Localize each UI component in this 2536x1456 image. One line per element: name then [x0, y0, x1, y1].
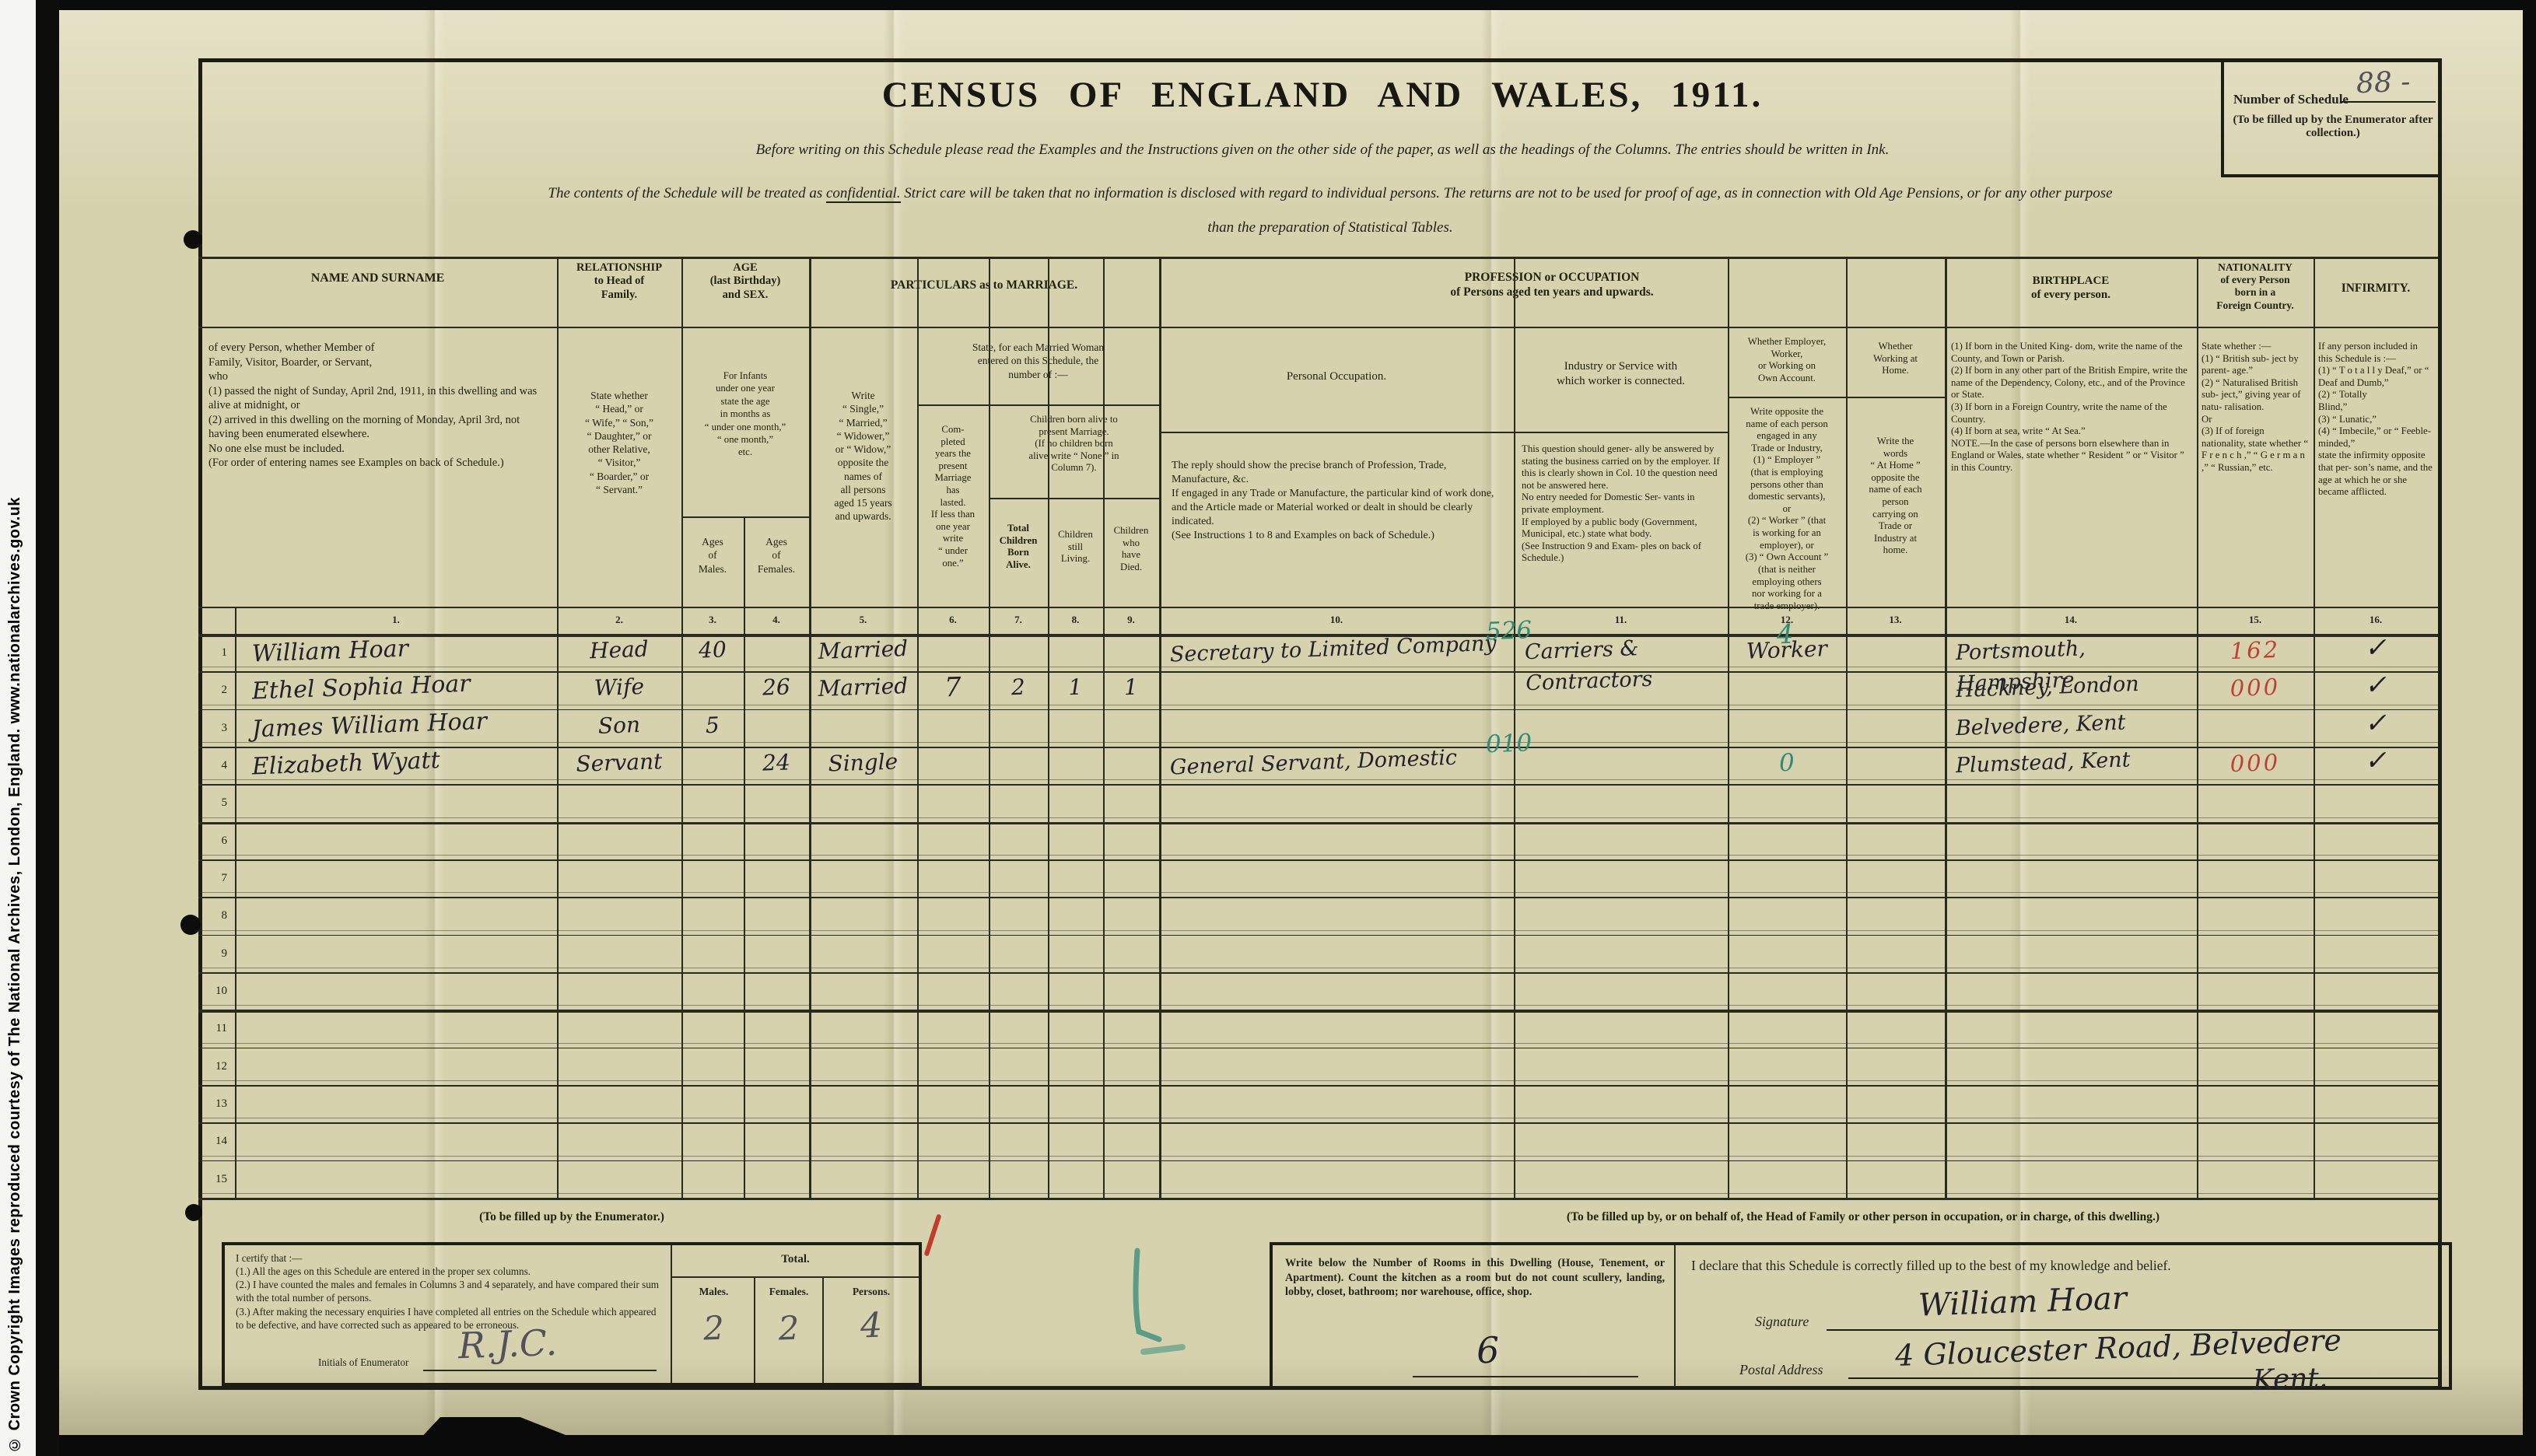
copyright-text: © Crown Copyright Images reproduced cour… — [6, 497, 24, 1453]
cell-nat-code[interactable]: 162 — [2196, 632, 2314, 674]
handwritten-value: Elizabeth Wyatt — [251, 747, 440, 780]
handwritten-value: 26 — [762, 674, 790, 701]
row-number: 8 — [198, 897, 235, 934]
handwritten-value: 162 — [2230, 636, 2281, 664]
cell-infirmity[interactable]: ✓ — [2313, 632, 2439, 674]
census-schedule-page: © Crown Copyright Images reproduced cour… — [0, 0, 2536, 1456]
column-number-7: 7. — [989, 614, 1048, 626]
column-number-13: 13. — [1846, 614, 1945, 626]
row-number: 6 — [198, 822, 235, 859]
handwritten-value: 2 — [1011, 674, 1025, 701]
header-col9: Children who have Died. — [1103, 525, 1159, 573]
grid-line — [1159, 257, 1161, 1198]
cell-relationship[interactable]: Head — [556, 632, 682, 674]
row-number: 11 — [198, 1010, 235, 1047]
cell-age-f[interactable]: 24 — [743, 746, 810, 786]
grid-line — [198, 327, 2438, 328]
handwritten-value: Hackney, London — [1955, 672, 2139, 702]
cell-nat-code[interactable]: 000 — [2196, 670, 2314, 712]
grid-line — [198, 930, 2438, 931]
cell-industry[interactable]: Carriers & Contractors — [1513, 630, 1729, 675]
header-col10-title: Personal Occupation. — [1159, 369, 1514, 384]
handwritten-value: Wife — [594, 674, 644, 701]
grid-line — [809, 257, 811, 1198]
grid-line — [198, 607, 2438, 608]
grid-line — [198, 897, 2438, 898]
header-col14-desc: (1) If born in the United King- dom, wri… — [1951, 341, 2191, 474]
row-number: 13 — [198, 1085, 235, 1122]
signature-label: Signature — [1755, 1314, 1809, 1330]
cell-died[interactable]: 1 — [1102, 670, 1160, 710]
column-number-8: 8. — [1048, 614, 1103, 626]
declaration-text: I declare that this Schedule is correctl… — [1691, 1258, 2438, 1274]
handwritten-value: 000 — [2230, 749, 2281, 777]
row-number: 4 — [198, 747, 235, 784]
handwritten-value: 40 — [698, 636, 727, 663]
enumerator-section-label: (To be filled up by the Enumerator.) — [222, 1210, 922, 1224]
header-married-woman-note: State, for each Married Woman entered on… — [917, 341, 1159, 381]
header-col11-title: Industry or Service with which worker is… — [1514, 359, 1728, 389]
females-label: Females. — [755, 1286, 822, 1298]
header-col11-desc: This question should gener- ally be answ… — [1522, 443, 1720, 565]
grid-line — [1159, 432, 1728, 433]
grid-line — [198, 1080, 2438, 1081]
page-left-edge — [36, 0, 59, 1456]
column-number-15: 15. — [2197, 614, 2314, 626]
row-number: 12 — [198, 1048, 235, 1085]
grid-line — [198, 822, 2438, 825]
header-relationship-desc: State whether “ Head,” or “ Wife,” “ Son… — [560, 389, 678, 496]
handwritten-value: Married — [818, 673, 909, 702]
row-number: 1 — [198, 634, 235, 671]
grid-line — [198, 1193, 2438, 1194]
grid-line — [198, 1160, 2438, 1162]
column-number-9: 9. — [1103, 614, 1159, 626]
cell-infirmity[interactable]: ✓ — [2313, 670, 2439, 712]
row-number: 14 — [198, 1122, 235, 1160]
header-age-desc: For Infants under one year state the age… — [683, 369, 807, 459]
green-check-mark — [1105, 1244, 1198, 1361]
column-number-4: 4. — [744, 614, 809, 626]
grid-line — [1103, 257, 1105, 1198]
handwritten-value: ✓ — [2364, 745, 2387, 777]
handwritten-value: Head — [590, 636, 650, 664]
header-col12-title: Whether Employer, Worker, or Working on … — [1728, 336, 1846, 384]
handwritten-value: 5 — [705, 712, 720, 738]
handwritten-value: Son — [597, 712, 640, 739]
column-number-5: 5. — [809, 614, 917, 626]
cell-born[interactable]: 2 — [988, 670, 1049, 710]
cell-relationship[interactable]: Servant — [556, 744, 682, 786]
handwritten-value: 7 — [944, 672, 962, 704]
handwritten-value: ✓ — [2364, 707, 2387, 739]
cell-relationship[interactable]: Wife — [556, 670, 682, 712]
postal-address-line — [1848, 1377, 2440, 1379]
grid-line — [989, 498, 1159, 499]
grid-line — [198, 257, 2438, 259]
initials-label: Initials of Enumerator — [318, 1356, 408, 1369]
row-number: 10 — [198, 972, 235, 1010]
householder-box: Write below the Number of Rooms in this … — [1270, 1242, 2452, 1390]
grid-line — [1728, 397, 1945, 398]
header-col6-desc: Com- pleted years the present Marriage h… — [919, 424, 987, 569]
handwritten-value: James William Hoar — [251, 708, 487, 744]
column-number-3: 3. — [681, 614, 744, 626]
handwritten-value: 1 — [1123, 674, 1138, 701]
persons-total-value[interactable]: 4 — [823, 1304, 919, 1347]
certify-text: I certify that :— (1.) All the ages on t… — [236, 1251, 664, 1332]
grid-line — [681, 516, 809, 518]
rooms-value[interactable]: 6 — [1476, 1329, 1500, 1372]
handwritten-value: General Servant, Domestic — [1169, 746, 1457, 780]
header-ages-males: Ages of Males. — [681, 535, 744, 576]
grid-line — [1048, 257, 1049, 1198]
employer-code: 0 — [1727, 744, 1846, 781]
grid-line — [198, 935, 2438, 936]
rooms-instruction: Write below the Number of Rooms in this … — [1285, 1256, 1665, 1300]
postal-address-value-2[interactable]: Kent. — [2252, 1362, 2328, 1396]
handwritten-value: Single — [828, 748, 898, 776]
header-col7: Total Children Born Alive. — [989, 523, 1048, 571]
handwritten-value: Belvedere, Kent — [1955, 710, 2126, 740]
cell-infirmity[interactable]: ✓ — [2313, 707, 2439, 749]
header-name-title: NAME AND SURNAME — [198, 271, 557, 285]
row-number: 3 — [198, 709, 235, 747]
row-number: 7 — [198, 859, 235, 897]
grid-line — [2197, 257, 2198, 1198]
handwritten-value: Plumstead, Kent — [1955, 747, 2131, 778]
total-header-line — [672, 1276, 919, 1278]
cell-age-m[interactable]: 40 — [681, 633, 744, 673]
header-col15-desc: State whether :— (1) “ British sub- ject… — [2201, 341, 2309, 474]
grid-line — [198, 1043, 2438, 1044]
grid-line — [198, 1156, 2438, 1157]
handwritten-value: 1 — [1068, 674, 1083, 701]
employer-code: 4 — [1776, 618, 1794, 652]
initials-line — [423, 1370, 657, 1371]
copyright-strip: © Crown Copyright Images reproduced cour… — [0, 0, 36, 1456]
females-total-value[interactable]: 2 — [755, 1308, 823, 1349]
cell-employer[interactable]: 0 — [1727, 744, 1847, 786]
hole-punch — [184, 230, 202, 249]
column-number-10: 10. — [1159, 614, 1514, 626]
handwritten-value: Carriers & Contractors — [1524, 636, 1653, 695]
header-col13-title: Whether Working at Home. — [1846, 341, 1945, 377]
grid-line — [198, 1048, 2438, 1049]
page-bottom-edge — [59, 1435, 2523, 1456]
cell-infirmity[interactable]: ✓ — [2313, 744, 2439, 786]
header-col5-desc: Write “ Single,” “ Married,” “ Widower,”… — [812, 389, 914, 523]
header-age-title: AGE (last Birthday) and SEX. — [681, 261, 809, 302]
grid-line — [198, 968, 2438, 968]
hole-punch — [185, 1204, 202, 1221]
header-marriage-title: PARTICULARS as to MARRIAGE. — [809, 278, 1159, 293]
grid-line — [989, 257, 990, 1198]
header-children-note: Children born alive to present Marriage.… — [989, 414, 1159, 474]
cell-relationship[interactable]: Son — [556, 707, 682, 749]
column-number-14: 14. — [1945, 614, 2197, 626]
grid-line — [198, 1010, 2438, 1013]
header-col8: Children still Living. — [1048, 529, 1103, 565]
signature-value[interactable]: William Hoar — [1918, 1280, 2127, 1323]
grid-line — [917, 404, 1159, 406]
column-number-2: 2. — [557, 614, 681, 626]
grid-line — [198, 1122, 2438, 1124]
handwritten-value: ✓ — [2364, 632, 2387, 664]
handwritten-value: 24 — [762, 749, 790, 775]
grid-line — [198, 1198, 2438, 1201]
grid-line — [198, 1085, 2438, 1087]
cell-living[interactable]: 1 — [1047, 670, 1104, 710]
header-col16-desc: If any person included in this Schedule … — [2318, 341, 2433, 499]
handwritten-value: Servant — [576, 748, 663, 777]
header-birthplace-title: BIRTHPLACE of every person. — [1945, 274, 2197, 302]
handwritten-value: Married — [818, 635, 909, 664]
grid-line — [198, 892, 2438, 893]
head-of-family-section-label: (To be filled up by, or on behalf of, th… — [1291, 1210, 2435, 1224]
grid-line — [198, 1005, 2438, 1006]
grid-line — [917, 257, 919, 1198]
cell-employer[interactable]: Worker4 — [1727, 632, 1847, 674]
grid-line — [198, 859, 2438, 861]
cell-nat-code[interactable]: 000 — [2196, 744, 2314, 786]
postal-address-label: Postal Address — [1739, 1362, 1823, 1378]
row-number: 5 — [198, 784, 235, 821]
grid-line — [198, 817, 2438, 818]
handwritten-value: 000 — [2230, 674, 2281, 702]
cell-age-m[interactable]: 5 — [681, 708, 744, 747]
handwritten-value: William Hoar — [251, 635, 408, 667]
row-number: 9 — [198, 935, 235, 972]
cell-age-f[interactable]: 26 — [743, 670, 810, 710]
header-profession-title: PROFESSION or OCCUPATION of Persons aged… — [1159, 271, 1945, 299]
column-number-16: 16. — [2314, 614, 2438, 626]
cell-marriage[interactable]: Single — [808, 745, 918, 786]
total-label: Total. — [672, 1253, 919, 1266]
grid-line — [198, 1118, 2438, 1118]
header-infirmity-title: INFIRMITY. — [2314, 282, 2438, 296]
handwritten-value: ✓ — [2364, 670, 2387, 702]
header-col13-desc: Write the words “ At Home ” opposite the… — [1848, 436, 1943, 557]
persons-label: Persons. — [824, 1286, 919, 1298]
column-number-11: 11. — [1514, 614, 1728, 626]
row-number: 2 — [198, 671, 235, 709]
cell-marriage[interactable]: Married — [808, 670, 918, 711]
column-number-1: 1. — [235, 614, 557, 626]
header-col12-desc: Write opposite the name of each person e… — [1729, 406, 1844, 612]
header-col10-desc: The reply should show the precise branch… — [1172, 459, 1501, 542]
males-total-value[interactable]: 2 — [673, 1307, 755, 1349]
header-nationality-title: NATIONALITY of every Person born in a Fo… — [2197, 261, 2314, 312]
initials-value[interactable]: R.J.C. — [457, 1321, 558, 1367]
males-label: Males. — [674, 1286, 754, 1298]
grid-line — [198, 972, 2438, 974]
header-name-desc: of every Person, whether Member of Famil… — [208, 341, 548, 471]
rooms-line — [1413, 1376, 1638, 1377]
handwritten-value: Ethel Sophia Hoar — [251, 670, 471, 705]
enumerator-box: I certify that :— (1.) All the ages on t… — [222, 1242, 922, 1386]
row-number: 15 — [198, 1160, 235, 1198]
header-ages-females: Ages of Females. — [744, 535, 809, 576]
occupation-code: 010 — [1485, 727, 1532, 760]
grid-line — [198, 855, 2438, 856]
header-relationship-title: RELATIONSHIP to Head of Family. — [557, 261, 681, 302]
householder-box-divider — [1674, 1245, 1676, 1387]
cell-marriage[interactable]: Married — [808, 632, 918, 674]
column-number-6: 6. — [917, 614, 989, 626]
cell-years[interactable]: 7 — [916, 670, 990, 711]
